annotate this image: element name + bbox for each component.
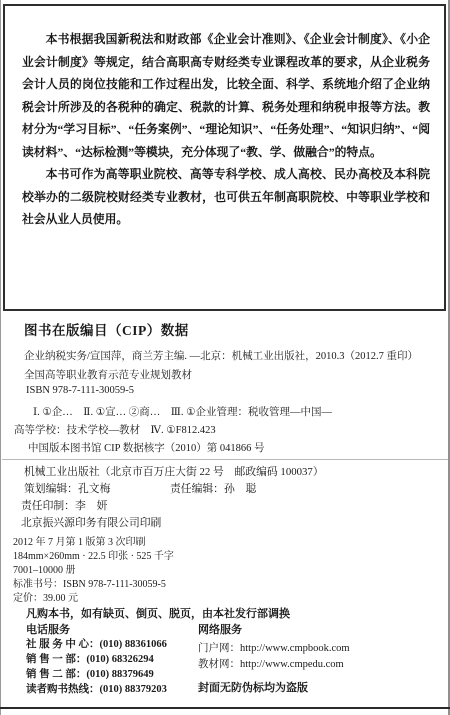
printer-line: 北京振兴源印务有限公司印刷 [21, 515, 161, 530]
phone-line-sales-dept-1: 销 售 一 部：(010) 68326294 [26, 652, 167, 667]
book-intro-box: 本书根据我国新税法和财政部《企业会计准则》、《企业会计制度》、《小企业会计制度》… [3, 4, 446, 311]
cip-heading: 图书在版编目（CIP）数据 [24, 319, 189, 339]
intro-paragraph-2: 本书可作为高等职业院校、高等专科学校、成人高校、民办高校及本科院校举办的二级院校… [22, 163, 430, 231]
portal-site-line: 门户网：http://www.cmpbook.com [198, 641, 350, 657]
page-edge-left [0, 0, 1, 715]
standard-book-number: 标准书号：ISBN 978-7-111-30059-5 [13, 575, 166, 590]
intro-paragraph-1: 本书根据我国新税法和财政部《企业会计准则》、《企业会计制度》、《小企业会计制度》… [22, 28, 430, 163]
bottom-rule [0, 707, 450, 709]
phone-service-header: 电话服务 [26, 621, 167, 637]
phone-line-sales-dept-2: 销 售 二 部：(010) 88379649 [26, 667, 167, 682]
network-service-header: 网络服务 [198, 621, 350, 637]
price-line: 定价：39.00 元 [13, 589, 78, 604]
phone-line-service-center: 社 服 务 中 心：(010) 88361066 [26, 637, 167, 652]
phone-service-column: 电话服务 社 服 务 中 心：(010) 88361066 销 售 一 部：(0… [26, 621, 167, 697]
edition-line: 2012 年 7 月第 1 版第 3 次印刷 [13, 533, 146, 548]
section-divider [2, 459, 448, 460]
cip-isbn-line: ISBN 978-7-111-30059-5 [26, 385, 134, 396]
cip-record-line: 中国版本图书馆 CIP 数据核字（2010）第 041866 号 [28, 440, 264, 455]
print-editor-line: 责任印制：李 妍 [21, 498, 107, 513]
print-run-line: 7001–10000 册 [13, 561, 76, 576]
network-service-column: 网络服务 门户网：http://www.cmpbook.com 教材网：http… [198, 621, 350, 695]
cip-class-line-1: Ⅰ. ①企… Ⅱ. ①宣… ②商… Ⅲ. ①企业管理：税收管理—中国— [33, 404, 332, 419]
planning-editor: 策划编辑：孔文梅 [24, 481, 110, 496]
cip-class-line-2: 高等学校：技术学校—教材 Ⅳ. ①F812.423 [14, 422, 216, 437]
exchange-notice: 凡购本书，如有缺页、倒页、脱页，由本社发行部调换 [26, 605, 290, 621]
responsible-editor: 责任编辑：孙 聪 [170, 481, 256, 496]
publisher-name-line: 机械工业出版社（北京市百万庄大街 22 号 邮政编码 100037） [24, 464, 324, 479]
cip-series-line: 全国高等职业教育示范专业规划教材 [24, 367, 192, 382]
phone-line-reader-hotline: 读者购书热线：(010) 88379203 [26, 682, 167, 697]
copyright-page: 本书根据我国新税法和财政部《企业会计准则》、《企业会计制度》、《小企业会计制度》… [0, 0, 450, 715]
anti-piracy-notice: 封面无防伪标均为盗版 [198, 679, 350, 695]
textbook-site-line: 教材网：http://www.cmpedu.com [198, 657, 350, 673]
cip-title-line: 企业纳税实务/宣国萍，商兰芳主编. —北京：机械工业出版社，2010.3（201… [24, 348, 418, 363]
format-line: 184mm×260mm · 22.5 印张 · 525 千字 [13, 547, 174, 562]
